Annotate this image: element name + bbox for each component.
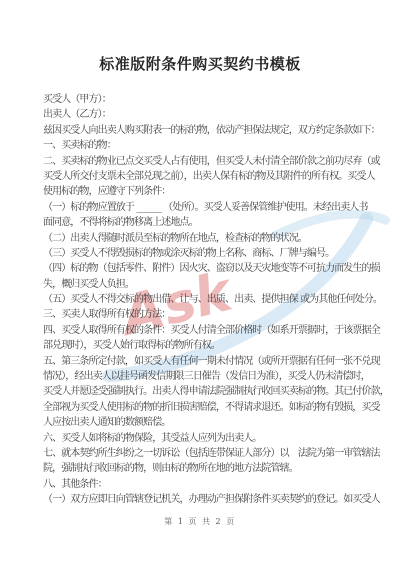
doc-line: 全部视为买受人使用标的物的折旧损害赔偿，不得请求退还。如标的物有毁损，买受 bbox=[43, 400, 379, 415]
doc-line: （二）出卖人得随时派员至标的物所在地点，检查标的物的状况。 bbox=[43, 231, 379, 246]
doc-line: （一）双方应即日向管辖登记机关，办理动产担保附条件买卖契约的登记。如买受人 bbox=[43, 492, 379, 507]
doc-line: 四、买受人取得所有权的条件：买受人付清全部价格时（如系开票据时，于该票据全 bbox=[43, 323, 379, 338]
doc-line: 八、其他条件： bbox=[43, 477, 379, 492]
doc-line: 院，强制执行收回标的物，则由标的物所在地的地方法院管辖。 bbox=[43, 461, 379, 476]
doc-line: 出卖人（乙方）： bbox=[43, 107, 379, 122]
doc-line: 买受人所交付支票未全部兑现之前），出卖人保有标的物及其附件的所有权。买受人 bbox=[43, 169, 379, 184]
doc-line: 三、买卖人取得所有权的方法： bbox=[43, 307, 379, 322]
doc-line: 二、买卖标的物业已点交买受人占有使用，但买受人未付清全部价款之前功尽弃（或 bbox=[43, 154, 379, 169]
doc-line: 部兑现时），买受人始行取得标的物所有权。 bbox=[43, 338, 379, 353]
doc-line: 买受人（甲方）： bbox=[43, 92, 379, 107]
doc-line: （四）标的物（包括零件、附件）因火灾、盗窃以及天灾地变等不可抗力而发生的损 bbox=[43, 261, 379, 276]
doc-line: 情况），经出卖人以挂号函发信期限三日催告（发信日为准），买受人仍未清偿时， bbox=[43, 369, 379, 384]
doc-line: （三）买受人不得毁损标的物或涂灭标的物上名称、商标、厂牌与编号。 bbox=[43, 246, 379, 261]
doc-line: 使用标的物，应遵守下列条件： bbox=[43, 184, 379, 199]
document-page: Ask 标准版附条件购买契约书模板 买受人（甲方）：出卖人（乙方）：兹因买受人向… bbox=[0, 0, 400, 565]
doc-line: 人应按出卖人通知的数额赔偿。 bbox=[43, 415, 379, 430]
doc-line: 失，概归买受人负担。 bbox=[43, 277, 379, 292]
document-body: 买受人（甲方）：出卖人（乙方）：兹因买受人向出卖人购买附表一的标的物，依动产担保… bbox=[43, 92, 379, 508]
doc-line: 六、买受人如将标的物保险，其受益人应列为出卖人。 bbox=[43, 431, 379, 446]
doc-line: （五）买受人不得交标的物出借、让与、出质、出卖、提供担保 或为其他任何处分。 bbox=[43, 292, 379, 307]
doc-line: 买受人并愿迳受强制执行。出卖人得申请法院强制执行收回买卖标的物。其已付价款， bbox=[43, 384, 379, 399]
document-title: 标准版附条件购买契约书模板 bbox=[0, 53, 400, 74]
doc-line: 面同意，不得将标的物移离上述地点。 bbox=[43, 215, 379, 230]
doc-line: （一）标的物应置放于 ______ （处所）。买受人妥善保管维护使用。未经出卖人… bbox=[43, 200, 379, 215]
doc-line: 一、买卖标的物： bbox=[43, 138, 379, 153]
doc-line: 五、第三条所定付款，如买受人有任何一期未付情况（或所开票据有任何一张不兑现 bbox=[43, 354, 379, 369]
doc-line: 兹因买受人向出卖人购买附表一的标的物，依动产担保法规定，双方约定条款如下： bbox=[43, 123, 379, 138]
doc-line: 七、就本契约所生纠纷之一切诉讼（包括连带保证人部分）以 法院为第一审管辖法 bbox=[43, 446, 379, 461]
page-number-footer: 第 1 页 共 2 页 bbox=[0, 516, 400, 527]
